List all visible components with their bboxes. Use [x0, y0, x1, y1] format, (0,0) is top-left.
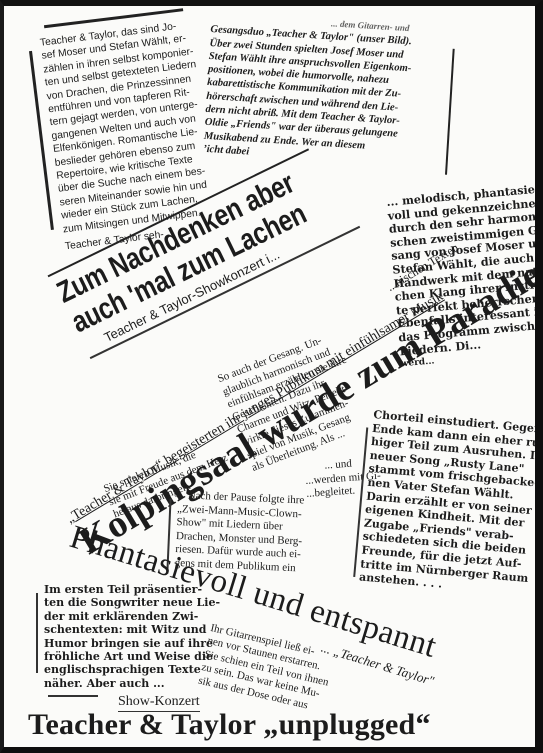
- clipping-gesangsduo: ... dem Gitarren- und Gesangsduo „Teache…: [203, 20, 414, 168]
- text-line: Im ersten Teil präsentier-: [44, 583, 220, 596]
- newspaper-collage: Teacher & Taylor, das sind Jo- sef Moser…: [0, 0, 543, 753]
- text-line: schentexten: mit Witz und: [44, 623, 220, 636]
- divider: [36, 593, 38, 673]
- text-line: englischsprachigen Texte: [44, 663, 220, 676]
- text-line: der mit erklärenden Zwi-: [44, 610, 220, 623]
- divider: [48, 695, 98, 697]
- divider: [445, 49, 455, 175]
- clipping-gitarrenspiel: Ihr Gitarrenspiel ließ ei- nen vor Staun…: [197, 622, 336, 716]
- clipping-chorteil: Chorteil einstudiert. Gegen Ende kam dan…: [359, 408, 543, 600]
- clipping-erster-teil: Im ersten Teil präsentier- ten die Songw…: [44, 583, 220, 690]
- text-line: näher. Aber auch ...: [44, 677, 220, 690]
- text-line: ten die Songwriter neue Lie-: [44, 596, 220, 609]
- text-line: fröhliche Art und Weise die: [44, 650, 220, 663]
- text-line: Humor bringen sie auf ihre: [44, 637, 220, 650]
- bottom-headline: Teacher & Taylor „unplugged“: [28, 708, 431, 742]
